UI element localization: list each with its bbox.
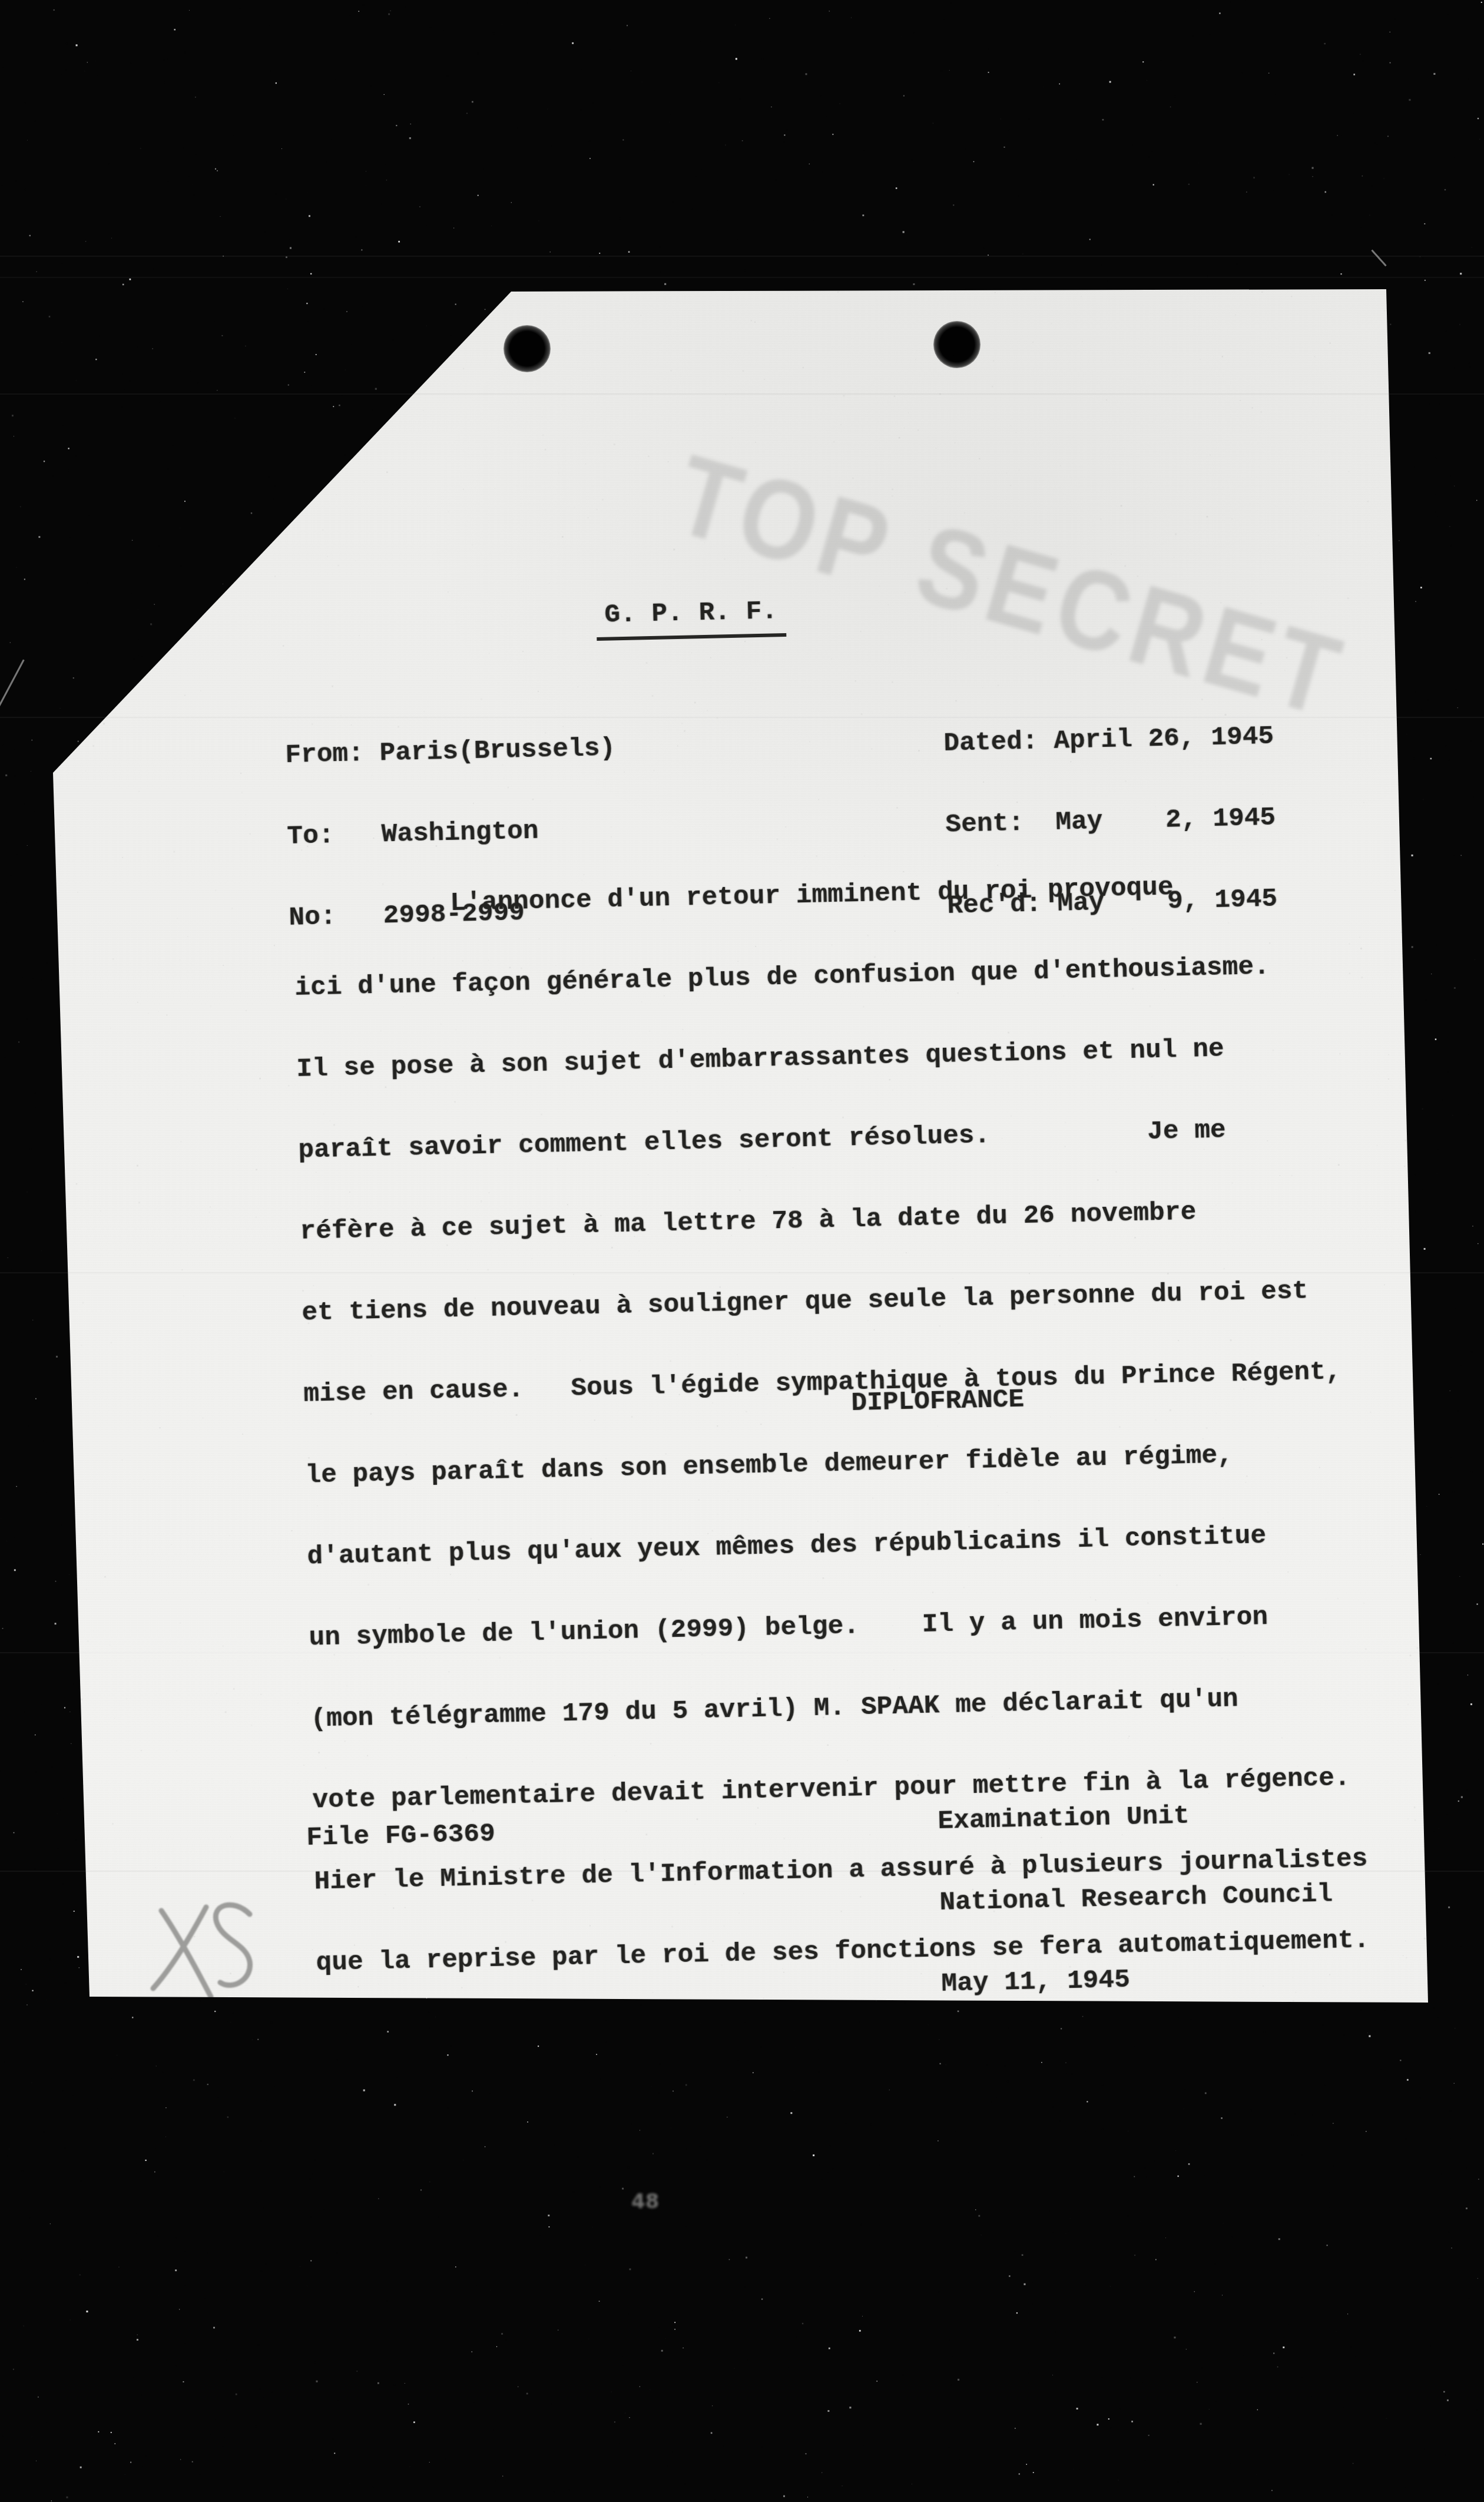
film-scratch-line: [0, 393, 1484, 395]
unit-line: May 11, 1945: [941, 1962, 1334, 1998]
film-scratch-line: [0, 1871, 1484, 1872]
film-scratch-line: [0, 277, 1484, 278]
body-line: réfère à ce sujet à ma lettre 78 à la da…: [300, 1196, 1354, 1246]
scanned-document-photo: TOP SECRET G. P. R. F. From: Paris(Bruss…: [0, 0, 1484, 2502]
unit-line: Examination Unit: [938, 1799, 1331, 1835]
dated-line: Dated: April 26, 1945: [943, 723, 1274, 757]
body-line: et tiens de nouveau à souligner que seul…: [302, 1277, 1356, 1327]
body-line: mise en cause. Sous l'égide sympathique …: [303, 1358, 1357, 1408]
pencil-annotation-xs: [145, 1889, 280, 2007]
from-line: From: Paris(Brussels): [285, 735, 616, 769]
body-line: paraît savoir comment elles seront résol…: [298, 1114, 1352, 1164]
body-line: ici d'une façon générale plus de confusi…: [294, 952, 1349, 1002]
unit-line: National Research Council: [939, 1881, 1333, 1917]
document-header-gprf: G. P. R. F.: [596, 597, 786, 641]
stray-mark: 48: [631, 2190, 659, 2213]
film-scratch-line: [0, 1652, 1484, 1653]
punch-hole-right: [933, 321, 980, 368]
pencil-s-stroke: [216, 1905, 250, 1985]
file-number: File FG-6369: [306, 1821, 495, 1852]
pencil-x-stroke: [161, 1911, 211, 1997]
body-line: un symbole de l'union (2999) belge. Il y…: [309, 1602, 1363, 1652]
film-scratch-line: [0, 1272, 1484, 1273]
body-line: le pays paraît dans son ensemble demeure…: [305, 1439, 1359, 1490]
signature-diplofrance: DIPLOFRANCE: [851, 1386, 1025, 1417]
film-scratch-line: [0, 256, 1484, 257]
body-line: d'autant plus qu'aux yeux mêmes des répu…: [307, 1521, 1361, 1571]
body-line: L'annonce d'un retour imminent du roi pr…: [293, 871, 1347, 921]
punch-hole-left: [503, 325, 551, 372]
film-scratch-line: [0, 717, 1484, 718]
body-line: Il se pose à son sujet d'embarrassantes …: [296, 1033, 1350, 1083]
body-line: (mon télégramme 179 du 5 avril) M. SPAAK…: [310, 1683, 1364, 1733]
